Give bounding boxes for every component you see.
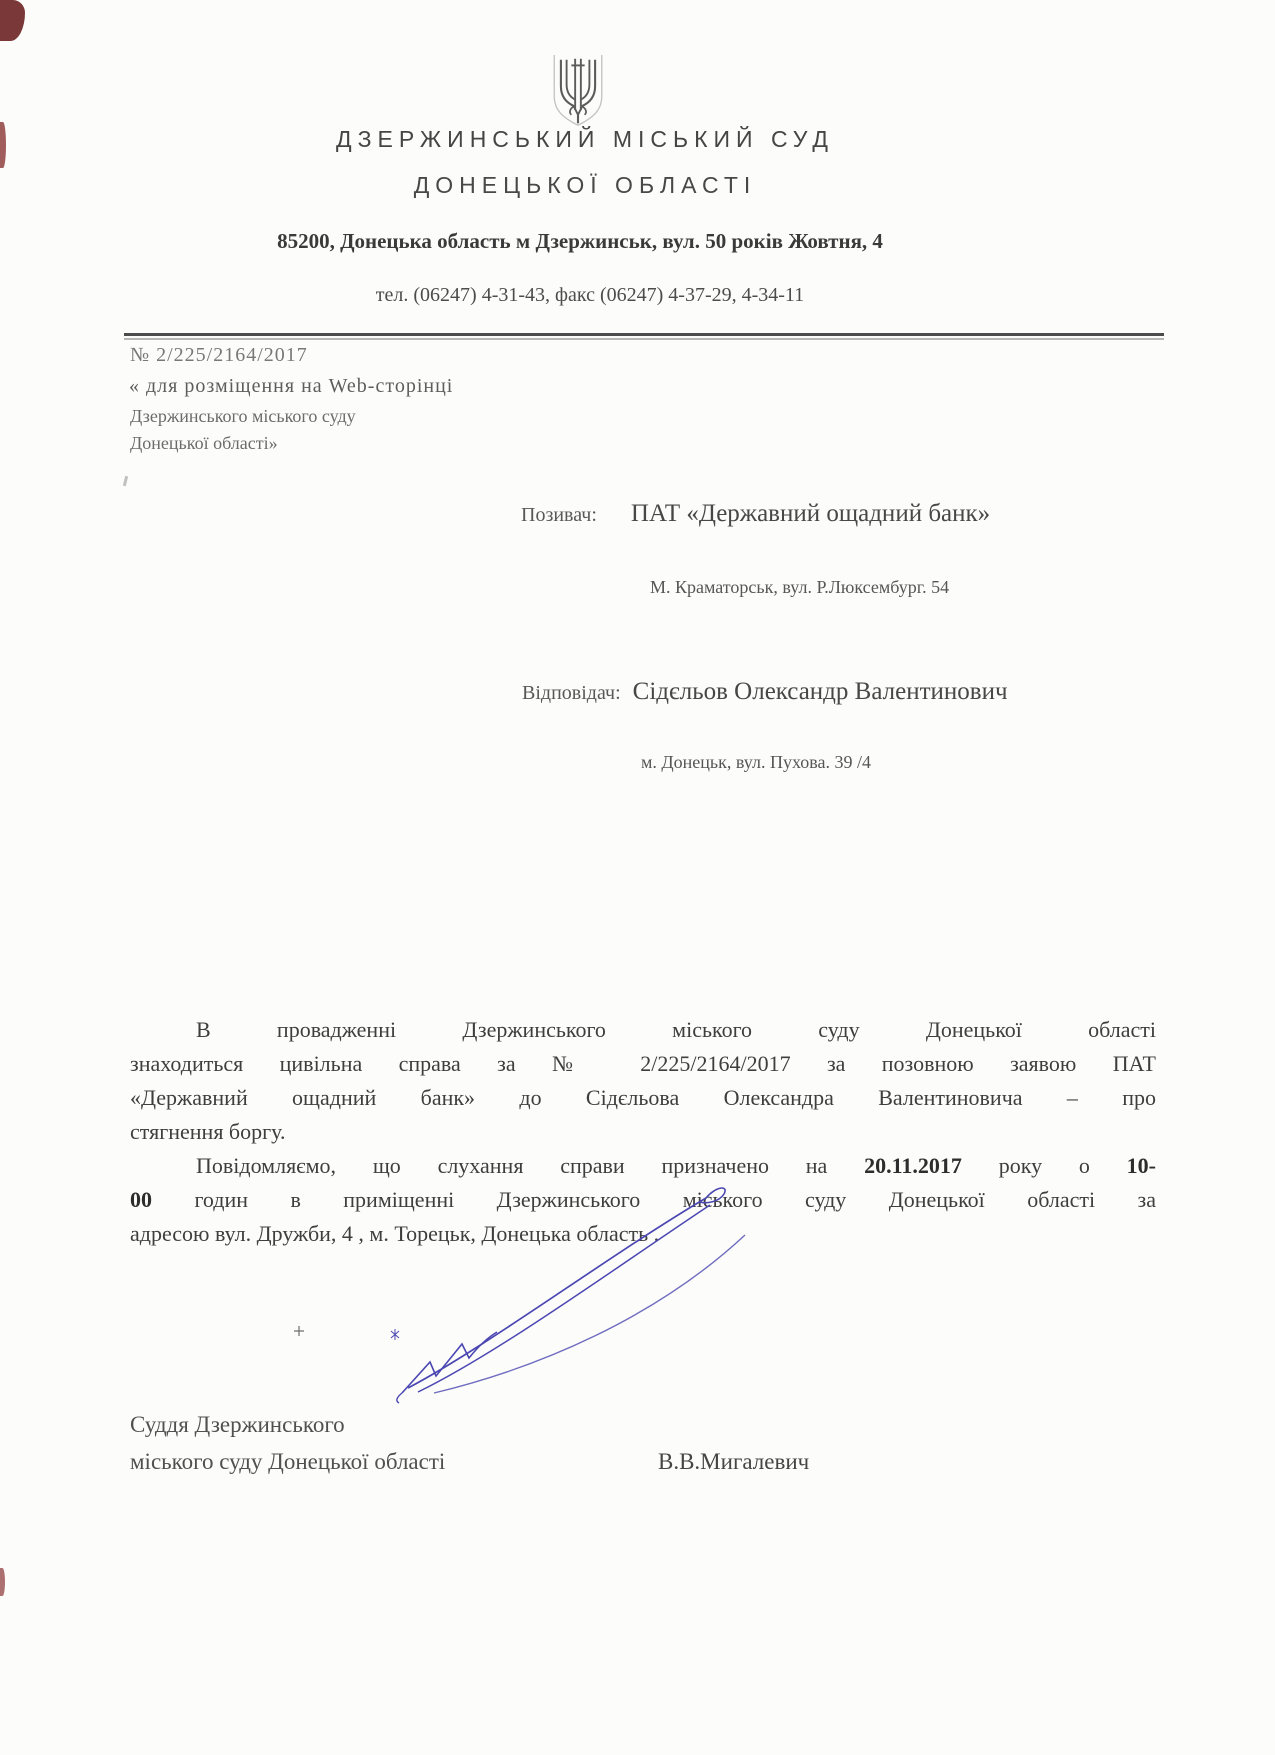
plaintiff-row: Позивач: ПАТ «Державний ощадний банк»	[521, 500, 990, 528]
body-line: «Державний ощадний банк» до Сідєльова Ол…	[130, 1081, 1156, 1115]
defendant-address: м. Донецьк, вул. Пухова. 39 /4	[641, 752, 871, 773]
placement-note-line3: Донецької області»	[130, 433, 278, 454]
judge-signature	[388, 1178, 752, 1418]
case-number: № 2/225/2164/2017	[130, 344, 308, 367]
judge-name: В.В.Мигалевич	[658, 1449, 809, 1475]
court-name-line2: ДОНЕЦЬКОЇ ОБЛАСТІ	[0, 172, 1170, 199]
body-line: В провадженні Дзержинського міського суд…	[130, 1013, 1156, 1047]
defendant-label: Відповідач:	[522, 682, 621, 705]
plaintiff-label: Позивач:	[521, 504, 597, 527]
placement-note-line2: Дзержинського міського суду	[130, 406, 356, 427]
scan-speck-cross	[293, 1324, 305, 1338]
hearing-date: 20.11.2017	[864, 1153, 962, 1178]
header-rule	[124, 333, 1164, 336]
ink-speck	[388, 1326, 402, 1342]
court-name-line1: ДЗЕРЖИНСЬКИЙ МІСЬКИЙ СУД	[0, 126, 1170, 153]
scan-artifact-tick	[123, 476, 128, 486]
judge-title-line2: міського суду Донецької області	[130, 1449, 445, 1475]
body-line: знаходиться цивільна справа за № 2/225/2…	[130, 1047, 1156, 1081]
plaintiff-address: М. Краматорськ, вул. Р.Люксембург. 54	[650, 577, 949, 598]
hearing-time-part1: 10-	[1127, 1153, 1156, 1178]
court-phone: тел. (06247) 4-31-43, факс (06247) 4-37-…	[0, 284, 1180, 307]
hearing-time-part2: 00	[130, 1187, 152, 1212]
scan-artifact-edge-streak	[0, 1568, 5, 1596]
judge-title-line1: Суддя Дзержинського	[130, 1412, 345, 1438]
body-line: стягнення боргу.	[130, 1115, 1156, 1149]
court-address: 85200, Донецька область м Дзержинськ, ву…	[0, 229, 1160, 254]
defendant-row: Відповідач: Сідєльов Олександр Валентино…	[522, 678, 1008, 706]
scan-artifact-corner	[0, 0, 25, 41]
ukraine-trident-icon	[549, 54, 607, 130]
placement-note-line1: « для розміщення на Web-сторінці	[129, 375, 453, 398]
defendant-name: Сідєльов Олександр Валентинович	[633, 678, 1008, 706]
header-rule-echo	[124, 338, 1164, 340]
plaintiff-name: ПАТ «Державний ощадний банк»	[631, 500, 990, 528]
scanned-court-letter: ДЗЕРЖИНСЬКИЙ МІСЬКИЙ СУД ДОНЕЦЬКОЇ ОБЛАС…	[0, 0, 1275, 1755]
